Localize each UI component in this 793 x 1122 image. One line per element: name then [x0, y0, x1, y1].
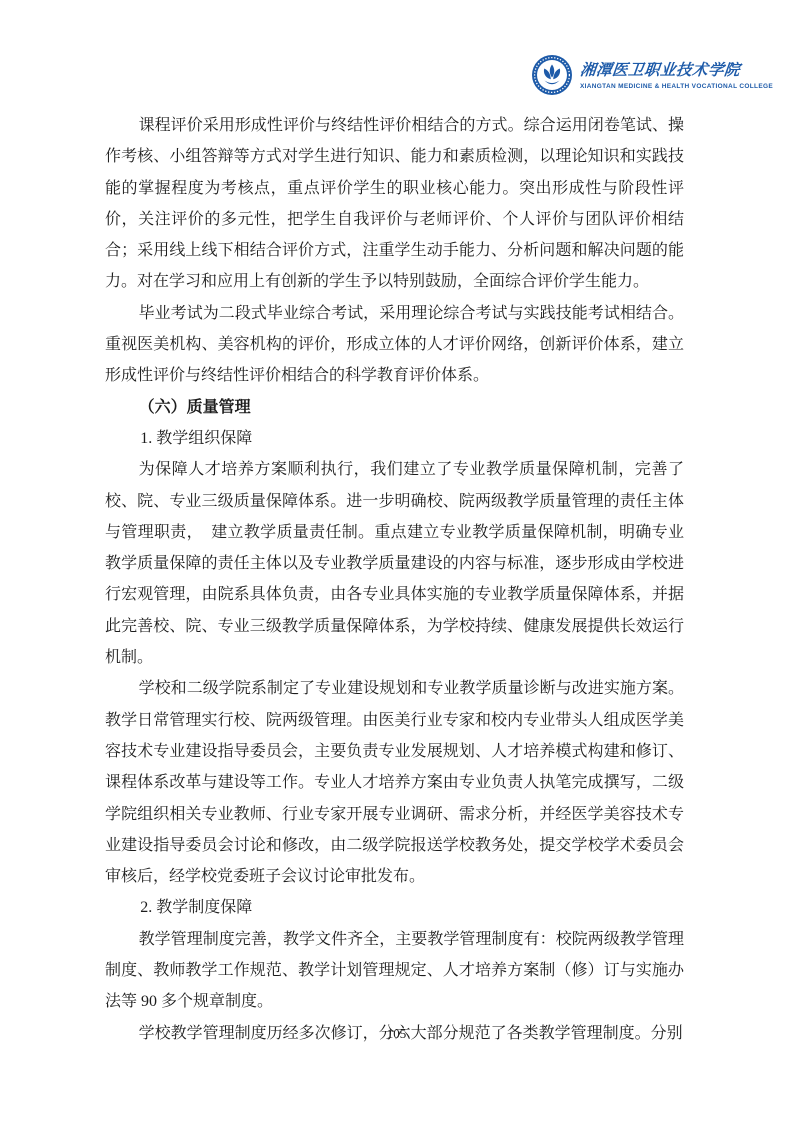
heading-quality-management: （六）质量管理 [105, 392, 684, 423]
subheading-teaching-organization: 1. 教学组织保障 [105, 423, 684, 454]
college-seal-icon [531, 54, 573, 96]
paragraph-steering-committee: 学校和二级学院系制定了专业建设规划和专业教学质量诊断与改进实施方案。教学日常管理… [105, 673, 684, 892]
document-page: 湘潭医卫职业技术学院 XIANGTAN MEDICINE & HEALTH VO… [0, 0, 793, 1122]
college-name-en: XIANGTAN MEDICINE & HEALTH VOCATIONAL CO… [580, 83, 773, 90]
paragraph-course-evaluation: 课程评价采用形成性评价与终结性评价相结合的方式。综合运用闭卷笔试、操作考核、小组… [105, 110, 684, 298]
college-logo: 湘潭医卫职业技术学院 XIANGTAN MEDICINE & HEALTH VO… [531, 54, 773, 96]
page-number: 105 [387, 1026, 407, 1041]
paragraph-graduation-exam: 毕业考试为二段式毕业综合考试，采用理论综合考试与实践技能考试相结合。重视医美机构… [105, 298, 684, 392]
paragraph-quality-assurance-system: 为保障人才培养方案顺利执行，我们建立了专业教学质量保障机制，完善了校、院、专业三… [105, 454, 684, 673]
page-footer: 105 [0, 1026, 793, 1042]
paragraph-management-rules: 教学管理制度完善，教学文件齐全，主要教学管理制度有：校院两级教学管理制度、教师教… [105, 924, 684, 1018]
document-body: 课程评价采用形成性评价与终结性评价相结合的方式。综合运用闭卷笔试、操作考核、小组… [105, 110, 684, 1049]
college-name-zh: 湘潭医卫职业技术学院 [579, 60, 774, 82]
subheading-teaching-system: 2. 教学制度保障 [105, 892, 684, 923]
college-name-block: 湘潭医卫职业技术学院 XIANGTAN MEDICINE & HEALTH VO… [580, 60, 773, 90]
